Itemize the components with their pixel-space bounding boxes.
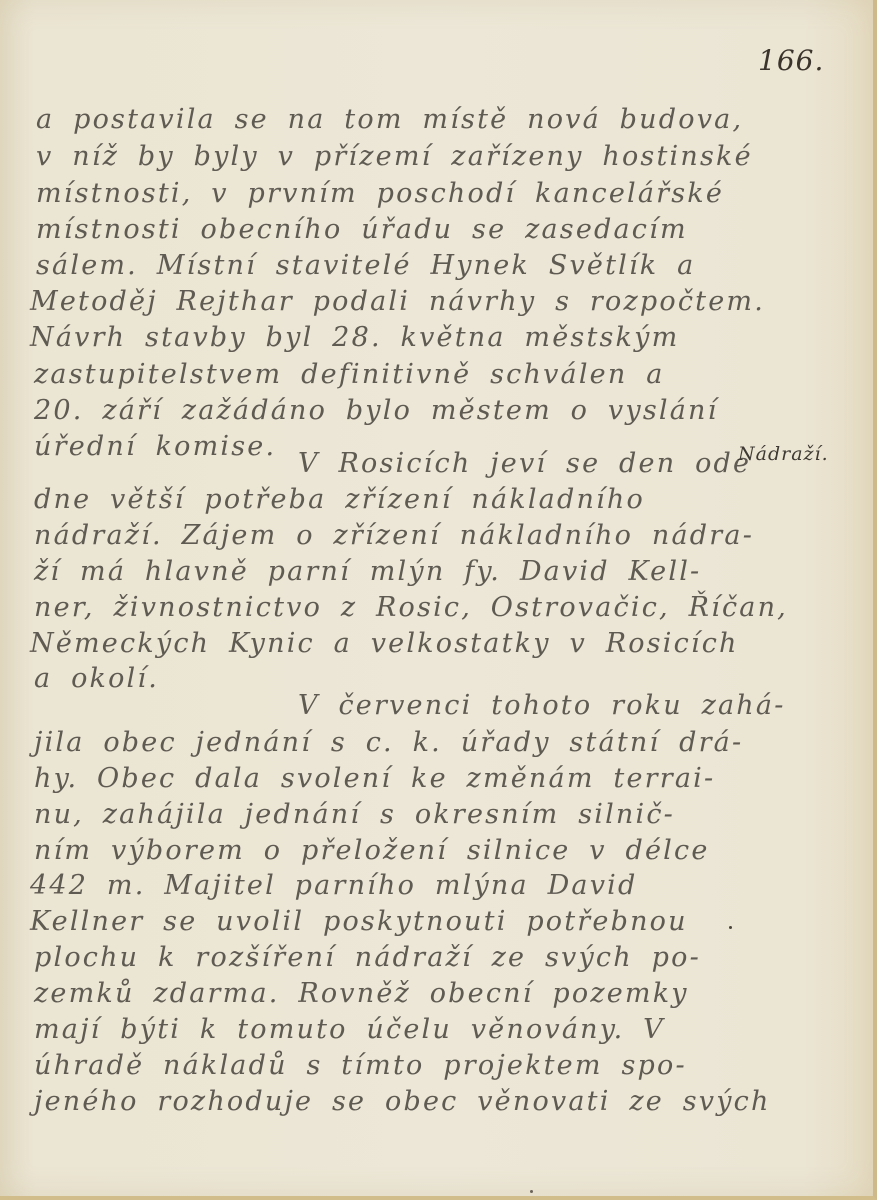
text-line: jeného rozhoduje se obec věnovati ze svý… xyxy=(34,1086,771,1117)
text-line: zastupitelstvem definitivně schválen a xyxy=(34,359,665,390)
text-line: místnosti obecního úřadu se zasedacím xyxy=(36,214,688,245)
text-line: nu, zahájila jednání s okresním silnič- xyxy=(34,799,675,830)
text-line: ží má hlavně parní mlýn fy. David Kell- xyxy=(34,556,701,587)
text-line: 20. září zažádáno bylo městem o vyslání xyxy=(34,395,718,426)
text-line: úhradě nákladů s tímto projektem spo- xyxy=(34,1050,687,1081)
text-line: 442 m. Majitel parního mlýna David xyxy=(30,870,638,901)
text-line: Německých Kynic a velkostatky v Rosicích xyxy=(30,628,739,659)
ink-speck xyxy=(729,926,732,929)
text-line: V Rosicích jeví se den ode xyxy=(298,448,751,479)
text-line: ním výborem o přeložení silnice v délce xyxy=(34,835,710,866)
text-line: Návrh stavby byl 28. května městským xyxy=(30,322,679,353)
text-line: dne větší potřeba zřízení nákladního xyxy=(34,484,645,515)
text-line: Kellner se uvolil poskytnouti potřebnou xyxy=(30,906,688,937)
text-line: a okolí. xyxy=(34,663,159,694)
text-line: místnosti, v prvním poschodí kancelářské xyxy=(36,178,724,209)
text-line: hy. Obec dala svolení ke změnám terrai- xyxy=(34,763,715,794)
text-line: Metoděj Rejthar podali návrhy s rozpočte… xyxy=(30,286,765,317)
page-number: 166. xyxy=(758,44,824,77)
text-line: úřední komise. xyxy=(34,431,276,462)
text-line: v níž by byly v přízemí zařízeny hostins… xyxy=(36,141,753,172)
text-line: ner, živnostnictvo z Rosic, Ostrovačic, … xyxy=(34,592,788,623)
text-line: zemků zdarma. Rovněž obecní pozemky xyxy=(34,978,689,1009)
manuscript-page: 166. a postavila se na tom místě nová bu… xyxy=(0,0,877,1200)
text-line: plochu k rozšíření nádraží ze svých po- xyxy=(34,942,701,973)
text-line: a postavila se na tom místě nová budova, xyxy=(36,104,743,135)
text-line: nádraží. Zájem o zřízení nákladního nádr… xyxy=(34,520,754,551)
text-line: sálem. Místní stavitelé Hynek Světlík a xyxy=(36,250,695,281)
text-line: mají býti k tomuto účelu věnovány. V xyxy=(34,1014,665,1045)
ink-speck xyxy=(530,1190,533,1193)
text-line: V červenci tohoto roku zahá- xyxy=(298,690,786,721)
margin-note: Nádraží. xyxy=(738,443,829,465)
text-line: jila obec jednání s c. k. úřady státní d… xyxy=(34,727,743,758)
